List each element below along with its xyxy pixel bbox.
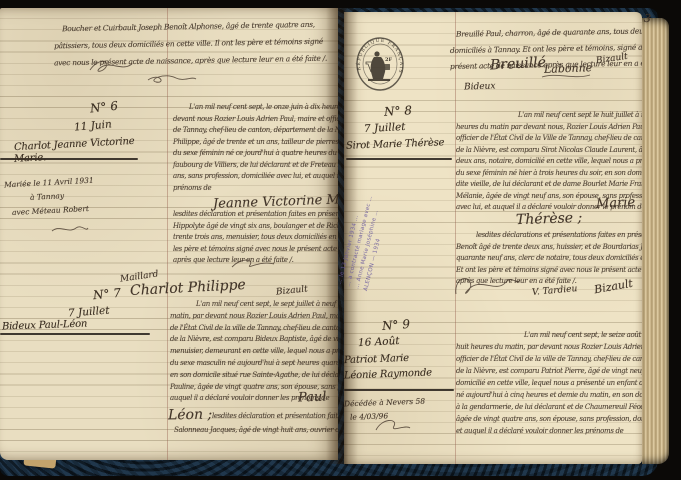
act-body-line: menuisier, demeurant en cette ville, leq… (170, 347, 338, 355)
signature: Bizault (276, 284, 309, 297)
marriage-note-line: à Tannay (30, 191, 65, 202)
act-body-line: Et ont les père et témoins signé avec no… (456, 266, 642, 274)
act-body-line: du sexe féminin né ce jourd'hui à quatre… (173, 149, 338, 157)
register-book: Boucher et Cuirbault Joseph Benoît Alpho… (0, 0, 681, 480)
ink-separator-line (0, 333, 150, 335)
act-body-line: à la gendarmerie, de lui déclarant et de… (456, 403, 642, 411)
marriage-note-line: avec Méteau Robert (12, 204, 89, 217)
act-body-line: et auquel il a déclaré vouloir donner le… (456, 427, 623, 435)
act-body-line: faubourg de Villiers, de lui déclarant e… (173, 161, 338, 169)
entry-date: 7 Juillet (68, 305, 110, 320)
child-name: Marie (596, 195, 636, 212)
act-body-line: lesdites déclaration et présentation fai… (212, 412, 338, 420)
act-body-line: âgée de vingt quatre ans, son épouse, sa… (456, 415, 642, 423)
act-body-line: domicilié en cette ville, lequel nous a … (456, 379, 642, 387)
act-body-line: de l'État Civil de la ville de Tannay, c… (170, 324, 338, 332)
page-fore-edge (642, 18, 669, 464)
act-body-line: ans, sans profession, domiciliée avec lu… (173, 172, 338, 180)
act-body-line: Philippe, âgé de trente et un ans, taill… (173, 138, 338, 146)
act-body-line: trente trois ans, menuisier, tous deux d… (173, 233, 338, 241)
marriage-note-line: Mariée le 11 Avril 1931 (4, 176, 94, 190)
act-body-line: prénoms de (173, 184, 211, 192)
act-body-line: les père et témoins signé avec nous le p… (173, 245, 338, 253)
entry-number: N° 8 (384, 103, 413, 118)
death-note-line: le 4/03/96 (350, 411, 388, 421)
signature: Bideux (464, 81, 496, 92)
child-name: Jeanne Victorine Marie ; (213, 191, 338, 212)
act-body-line: L'an mil neuf cent sept, le sept juillet… (196, 300, 338, 308)
act-body-line: devant nous Rozier Louis Adrien Paul, ma… (173, 115, 338, 123)
act-body-line: matin, par devant nous Rozier Louis Adri… (170, 312, 338, 320)
act-body-line: en son domicile situé rue Sainte-Agathe,… (170, 371, 338, 379)
act-body-line: officier de l'État Civil de la ville de … (456, 355, 642, 363)
act-body-line: Benoît âgé de trente deux ans, huissier,… (456, 243, 642, 251)
act-body-line: du sexe féminin né hier à trois heures d… (456, 169, 642, 177)
entry-date: 16 Août (358, 335, 400, 349)
signature-flourish-icon (50, 222, 90, 236)
entry-number: N° 7 (92, 286, 121, 302)
act-body-line: de la Nièvre, est comparu Bideux Baptist… (170, 335, 338, 343)
child-name: Léon ; (168, 407, 212, 424)
act-body-line: L'an mil neuf cent sept, le onze juin à … (189, 103, 338, 111)
act-body-line: de la Nièvre, est comparu Patriot Pierre… (456, 367, 642, 375)
act-body-line: du sexe masculin né aujourd'hui à sept h… (170, 359, 338, 367)
act-body-line: Hippolyte âgé de vingt six ans, boulange… (173, 222, 338, 230)
seated-justice-figure-icon (366, 51, 390, 81)
child-name: Paul (298, 390, 327, 406)
act-body-line: lesdites déclaration et présentation fai… (173, 210, 338, 218)
act-body-line: quarante neuf ans, clerc de notaire, tou… (456, 254, 642, 262)
act-body-line: après que lecture leur en a été faite /. (456, 277, 576, 285)
stamp-value: 2F (385, 57, 392, 63)
entry-number: N° 9 (382, 317, 411, 333)
entry-date: 7 Juillet (364, 121, 406, 135)
child-name: Thérèse ; (516, 210, 583, 228)
entry-name: Patriot Marie (344, 353, 409, 366)
entry-name: Marie. (14, 152, 47, 165)
entry-number: N° 6 (89, 99, 118, 116)
entry-name: Sirot Marie Thérèse (346, 137, 445, 151)
act-body-line: L'an mil neuf cent sept, le seize août à (524, 331, 642, 339)
continuation-line: Boucher et Cuirbault Joseph Benoît Alpho… (62, 20, 315, 33)
death-note-line: Décédée à Nevers 58 (344, 397, 425, 409)
act-body-line: né aujourd'hui à cinq heures et demie du… (456, 391, 642, 399)
page-number: 3 (644, 12, 652, 25)
signature: Bizault (593, 277, 634, 297)
republique-francaise-fiscal-stamp-icon: RÉPUBLIQUE FRANÇAISE 2F (354, 34, 406, 98)
act-body-line: de Tannay, chef-lieu de canton, départem… (173, 126, 338, 134)
entry-name: Charlot Jeanne Victorine (14, 136, 135, 153)
ink-separator-line (344, 389, 454, 391)
act-body-line: huit heures du matin, par devant nous Ro… (456, 343, 642, 351)
signature-flourish-icon (146, 70, 198, 88)
continuation-line: Breuillé Paul, charron, âgé de quarante … (456, 26, 642, 38)
signature: V. Tardieu (532, 284, 578, 298)
continuation-line: avec nous le présent acte de naissance, … (54, 54, 327, 68)
entry-date: 11 Juin (74, 118, 113, 133)
left-page: Boucher et Cuirbault Joseph Benoît Alpho… (0, 8, 338, 460)
act-body-line: deux ans, notaire, domicilié en cette vi… (456, 157, 642, 165)
continuation-line: pâtissiers, tous deux domiciliés en cett… (54, 37, 323, 51)
entry-name: Bideux Paul-Léon (2, 319, 88, 333)
act-body-line: Salonneau Jacques, âgé de vingt huit ans… (174, 426, 338, 434)
signature: Breuillé (490, 55, 547, 74)
act-body-line: lesdites déclarations et présentations f… (476, 231, 642, 239)
entry-name: Léonie Raymonde (344, 367, 432, 381)
signature: Labonne (544, 61, 593, 76)
act-body-line: officier de l'État Civil de la Ville de … (456, 134, 642, 142)
act-body-line: de la Nièvre, est comparu Sirot Nicolas … (456, 146, 642, 154)
act-body-line: L'an mil neuf cent sept le huit juillet … (518, 111, 642, 119)
ink-separator-line (346, 158, 452, 160)
act-body-line: après que lecture leur en a été faite /. (173, 256, 293, 264)
act-body-line: heures du matin par devant nous, Rozier … (456, 123, 642, 131)
act-body-line: dite vieille, de lui déclarant et de dam… (456, 180, 642, 188)
